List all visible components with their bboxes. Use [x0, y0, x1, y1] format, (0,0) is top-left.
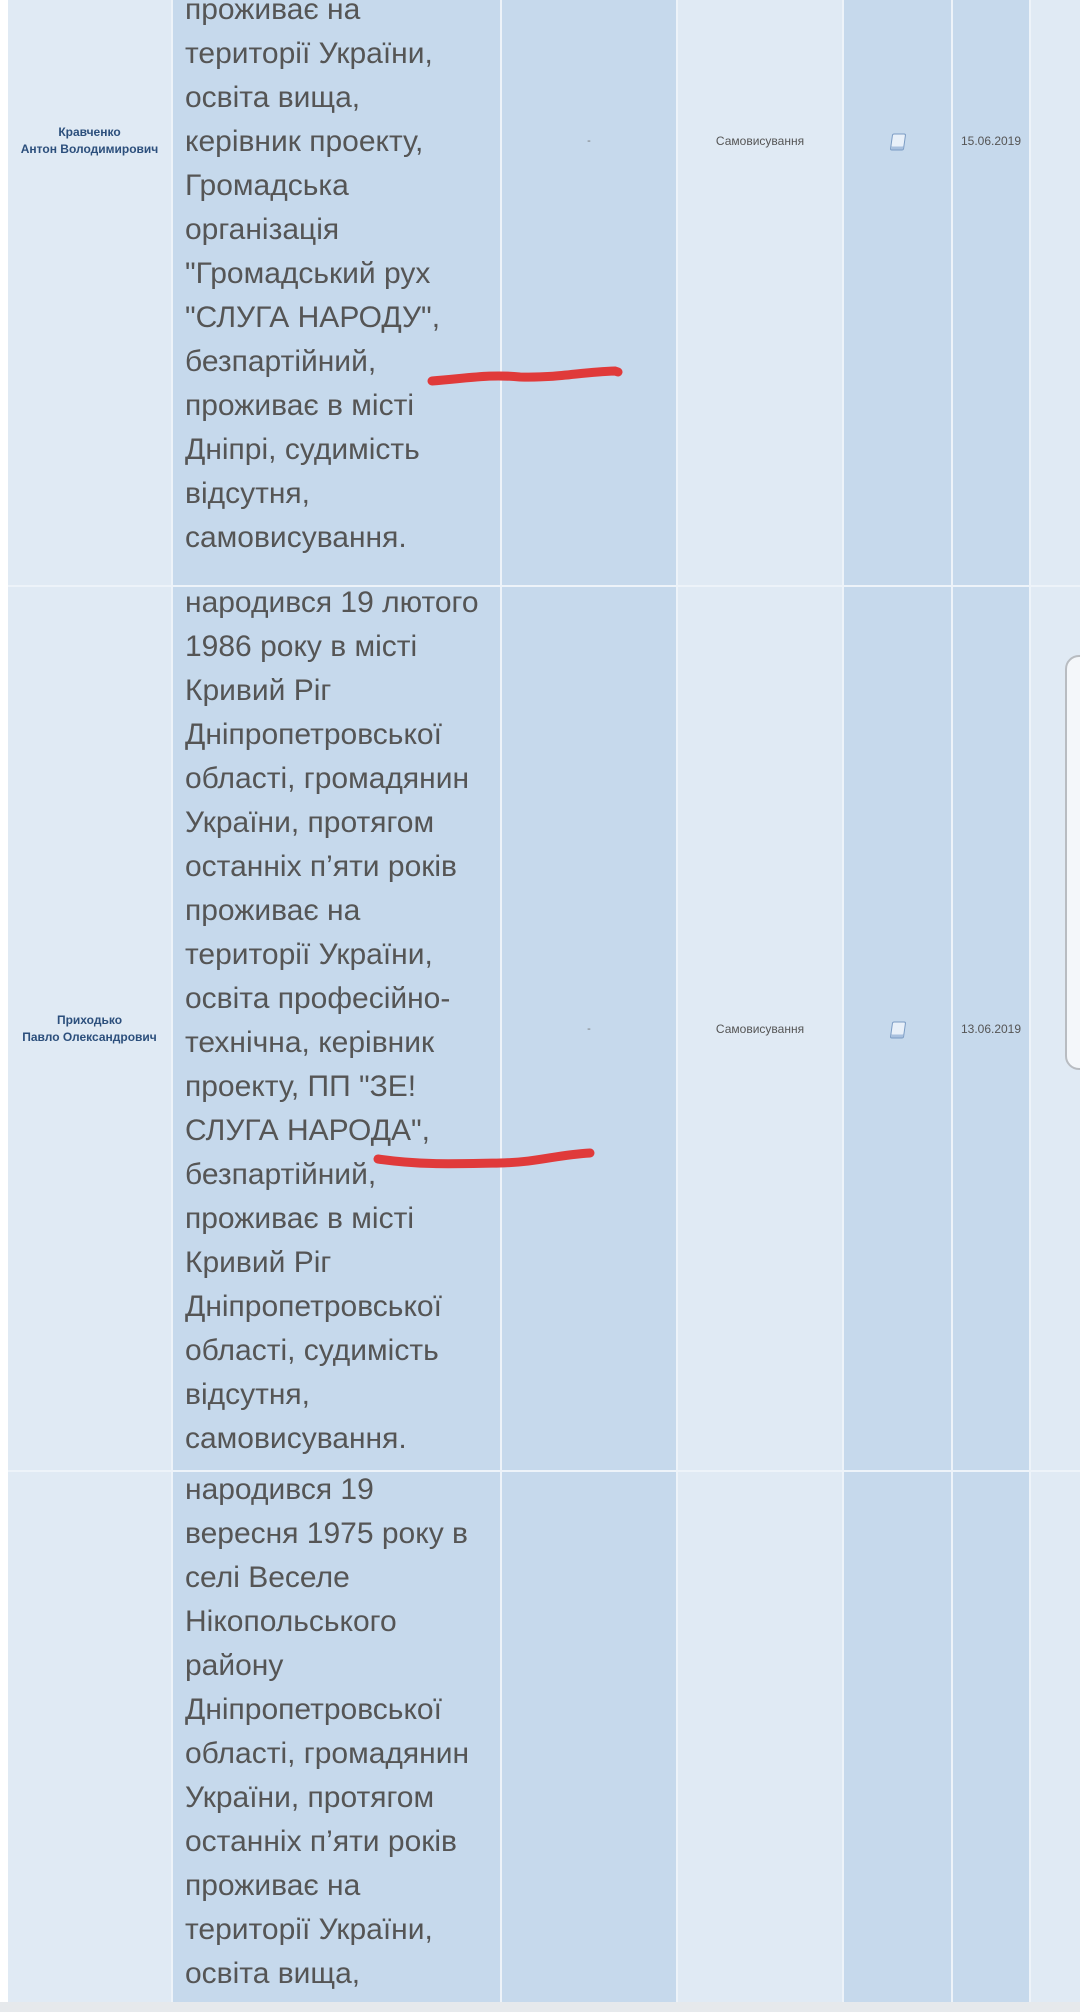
document-cell: [844, 0, 953, 585]
table-row: Приходько Павло Олександрович народився …: [8, 587, 1080, 1472]
nomination-cell: Самовисування: [678, 0, 844, 585]
document-cell: [844, 587, 953, 1470]
nomination-cell: [678, 1472, 844, 2012]
candidate-bio: проживає на території України, освіта ви…: [185, 0, 496, 560]
candidate-name-cell: [8, 1472, 173, 2012]
table-row: Кравченко Антон Володимирович проживає н…: [8, 0, 1080, 587]
nomination-cell: Самовисування: [678, 587, 844, 1470]
party-value: -: [502, 135, 676, 147]
document-cell: [844, 1472, 953, 2012]
candidate-bio: народився 19 вересня 1975 року в селі Ве…: [185, 1468, 496, 1996]
registration-date: 15.06.2019: [953, 134, 1029, 148]
document-scroll-icon[interactable]: [889, 1022, 905, 1039]
candidate-bio-cell: народився 19 лютого 1986 року в місті Кр…: [173, 587, 502, 1470]
party-value: -: [502, 1023, 676, 1035]
bottom-edge: [0, 2002, 1080, 2012]
candidates-table: Кравченко Антон Володимирович проживає н…: [8, 0, 1080, 2002]
candidate-bio: народився 19 лютого 1986 року в місті Кр…: [185, 581, 496, 1461]
candidate-bio-cell: народився 19 вересня 1975 року в селі Ве…: [173, 1472, 502, 2012]
extra-cell: [1031, 1472, 1080, 2012]
document-scroll-icon[interactable]: [889, 134, 905, 151]
candidate-name-cell: Кравченко Антон Володимирович: [8, 0, 173, 585]
registration-date: 13.06.2019: [953, 1022, 1029, 1036]
candidate-bio-cell: проживає на території України, освіта ви…: [173, 0, 502, 585]
party-cell: [502, 1472, 678, 2012]
candidate-name[interactable]: Приходько Павло Олександрович: [8, 1012, 171, 1046]
nomination-value: Самовисування: [678, 134, 842, 148]
candidate-name[interactable]: Кравченко Антон Володимирович: [8, 124, 171, 158]
date-cell: [953, 1472, 1031, 2012]
party-cell: -: [502, 0, 678, 585]
scrollbar-thumb[interactable]: [1065, 655, 1080, 1070]
date-cell: 15.06.2019: [953, 0, 1031, 585]
candidate-name-cell: Приходько Павло Олександрович: [8, 587, 173, 1470]
nomination-value: Самовисування: [678, 1022, 842, 1036]
party-cell: -: [502, 587, 678, 1470]
date-cell: 13.06.2019: [953, 587, 1031, 1470]
extra-cell: [1031, 0, 1080, 585]
table-row: народився 19 вересня 1975 року в селі Ве…: [8, 1472, 1080, 2012]
